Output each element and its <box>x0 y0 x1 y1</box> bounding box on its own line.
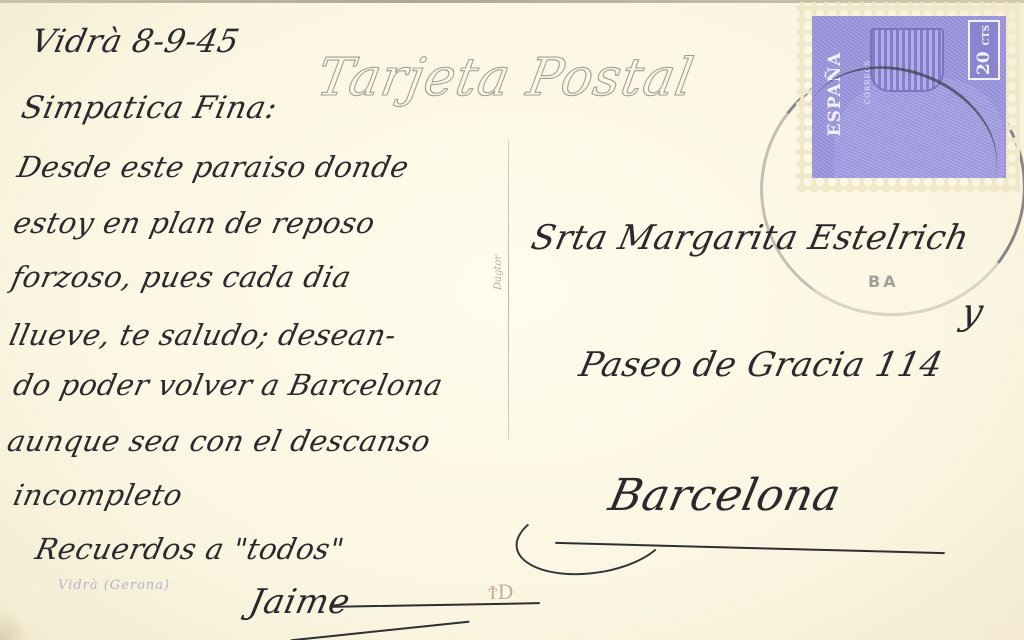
message-line: llueve, te saludo; desean- <box>6 318 399 352</box>
message-line: estoy en plan de reposo <box>10 206 378 240</box>
message-line: do poder volver a Barcelona <box>10 368 446 402</box>
address-line-y: y <box>958 292 988 333</box>
postcard-back: Tarjeta Postal Dagtor BA ESPAÑA CORREOS … <box>0 0 1024 640</box>
sender-rubber-stamp: Vidrà (Gerona) <box>58 578 170 593</box>
recipient-name: Srta Margarita Estelrich <box>528 218 973 258</box>
stamp-value-box: 20 CTS <box>968 20 1000 80</box>
message-line: incompleto <box>10 478 186 512</box>
closing: Recuerdos a "todos" <box>32 532 347 566</box>
worn-corner <box>0 610 30 640</box>
address-divider-line <box>508 140 509 440</box>
greeting: Simpatica Fina: <box>18 90 280 126</box>
publisher-imprint: Dagtor <box>493 255 504 290</box>
stamp-value: 20 CTS <box>974 22 994 78</box>
message-line: aunque sea con el descanso <box>4 424 433 458</box>
message-line: forzoso, pues cada dia <box>8 260 354 294</box>
signature-flourish <box>290 621 469 640</box>
publisher-logo-icon: ϮD <box>488 580 514 605</box>
stamp-value-unit: CTS <box>982 25 992 45</box>
message-line: Desde este paraiso donde <box>14 150 412 184</box>
signature: Jaime <box>246 582 354 622</box>
stamp-value-number: 20 <box>974 51 994 75</box>
address-street: Paseo de Gracia 114 <box>576 345 947 385</box>
place-date: Vidrà 8-9-45 <box>28 22 243 60</box>
postmark-text-fragment: BA <box>868 272 899 291</box>
printed-heading: Tarjeta Postal <box>313 48 699 108</box>
